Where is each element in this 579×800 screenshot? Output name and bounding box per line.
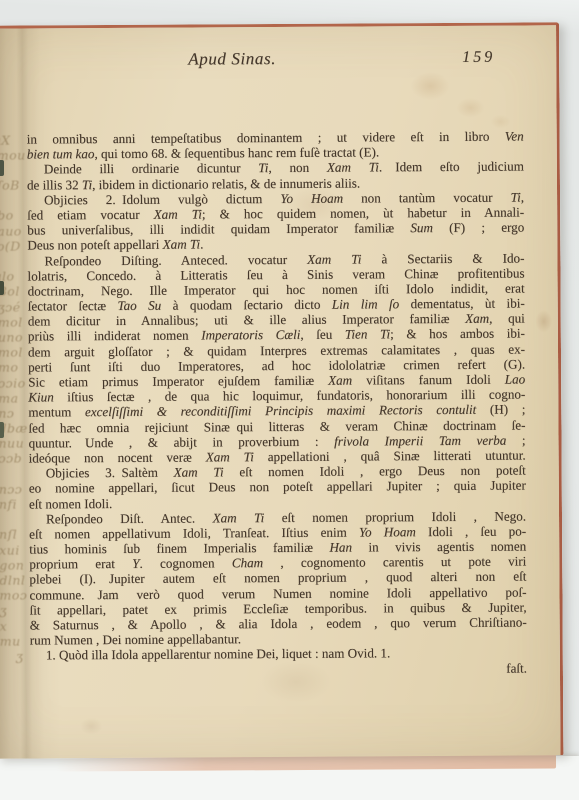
text-run: à Sectariis & Ido- (361, 250, 524, 266)
text-run-italic: Xam Ti (163, 237, 201, 252)
text-run-italic: Xam Ti (327, 160, 379, 175)
text-run: (F) ; ergo (433, 220, 524, 236)
text-run-italic: Xam (465, 311, 489, 326)
bleedthrough-ghost: bo (0, 208, 14, 223)
text-run-italic: Imperatoris Cæli (201, 327, 300, 343)
text-run-italic: Lao (505, 371, 525, 386)
text-run-italic: Lin lim ſo (332, 296, 399, 311)
text-run-italic: Ti (511, 189, 521, 204)
bleedthrough-ghost: ɔɔio (0, 375, 26, 390)
text-run: appellationi , quâ Sinæ litterati utuntu… (254, 447, 526, 464)
text-run-italic: Yo Hoam (359, 524, 416, 539)
text-run: Objicies 2. Idolum vulgò dictum (44, 191, 280, 207)
bleedthrough-ghost: nuu (0, 436, 24, 451)
text-run: eſt nomen proprium Idoli , Nego. (264, 508, 526, 525)
text-run: proprium erat (29, 556, 132, 572)
bleedthrough-ghost: nɔ (0, 405, 14, 420)
text-run-italic: Cham (232, 555, 263, 570)
text-run: 1. Quòd illa Idola appellarentur nomine … (46, 646, 390, 663)
bleedthrough-ghost: nɔɔ (0, 481, 22, 496)
text-run: ſed etiam vocatur (27, 207, 154, 223)
running-title: Apud Sinas. (188, 49, 276, 70)
text-run: eſt nomen Idoli , ergo Deus non poteſt (224, 463, 526, 480)
text-run: ſectator ſectæ (28, 298, 118, 314)
bleedthrough-ghost: ʒ (0, 648, 23, 663)
text-run: , ibidem in dictionario relatis, & de in… (92, 175, 360, 192)
text-run: . Idem eſto judicium (379, 159, 524, 175)
bleedthrough-ghost: dbæ (0, 421, 28, 436)
bleedthrough-ghost: ʒ (0, 603, 7, 618)
text-run-italic: frivola Imperii Tam verba (334, 432, 506, 448)
text-run-italic: Kiun (28, 390, 54, 405)
text-run: ; & hos ambos ibi- (390, 326, 525, 342)
bleedthrough-ghost: ɔɔb (0, 451, 22, 466)
text-run-italic: Tao Su (117, 298, 161, 313)
text-run: . (200, 237, 203, 252)
text-run: ideóque non nocent veræ (29, 449, 206, 465)
book-page: Apud Sinas. 159 ıXin omnibus anni tempeſ… (0, 22, 563, 758)
bleedthrough-ghost: x (0, 618, 7, 633)
text-run: viſitans fanum Idoli (352, 372, 505, 388)
text-run: non tantùm vocatur (343, 189, 511, 205)
bleedthrough-ghost: nſl (0, 527, 17, 542)
text-run-italic: Yo Hoam (280, 190, 343, 205)
text-run: , ſeu (300, 327, 345, 342)
bleedthrough-ghost: mu (0, 633, 21, 648)
bleedthrough-ghost: ma (0, 390, 19, 405)
text-run-italic: Xam Ti (213, 510, 265, 525)
bleedthrough-ghost: ıX (0, 132, 11, 147)
text-run-italic: Tien Ti (345, 327, 390, 342)
page-header: Apud Sinas. 159 (0, 47, 556, 76)
text-run-italic: Xam Ti (174, 464, 224, 479)
text-run: à quodam ſectario dicto (161, 297, 332, 313)
text-run-italic: Xam (328, 373, 352, 388)
text-run: Idoli , ſeu po- (416, 523, 526, 539)
text-run: Sic etiam primus Imperator ejuſdem famil… (28, 373, 328, 390)
text-run: , qui (489, 311, 525, 326)
bleedthrough-ghost: xui (0, 542, 20, 557)
text-run: quuntur. Unde , & abijt in proverbium : (29, 433, 335, 450)
text-run: , qui tomo 68. & ſequentibus hanc rem fu… (94, 145, 379, 162)
text-run-italic: Han (329, 540, 352, 555)
bleedthrough-ghost: gon (0, 557, 24, 572)
text-run: Deinde illi ordinarie dicuntur (44, 160, 258, 176)
text-run: dementatus, ùt ibi- (399, 296, 525, 312)
text-run: mentum (28, 405, 85, 420)
text-run-italic: Xam Ti (154, 206, 202, 221)
text-run-italic: bien tum kao (27, 146, 95, 161)
catchword: faſt. (506, 660, 527, 675)
bleedthrough-ghost: mol (0, 345, 23, 360)
bleedthrough-ghost: nfi (0, 497, 17, 512)
text-run-italic: Xam Ti (206, 449, 254, 464)
text-run: Reſpondeo Diſting. Anteced. vocatur (44, 251, 307, 268)
text-run: eſt nomen Idoli. (29, 496, 112, 512)
binding-glimpse (0, 422, 4, 438)
text-run: in vivis agentis nomen (352, 539, 526, 555)
book-photo: Apud Sinas. 159 ıXin omnibus anni tempeſ… (0, 0, 579, 800)
text-block: ıXin omnibus anni tempeſtatibus dominant… (27, 128, 527, 663)
bleedthrough-ghost: auo (0, 223, 22, 238)
text-run: rum Numen , Dei nomine appellabantur. (30, 631, 241, 647)
text-run: ; (506, 432, 525, 447)
bleedthrough-ghost: uno (0, 329, 23, 344)
text-run: , non (268, 160, 327, 175)
bleedthrough-ghost: ʒɔé (0, 299, 21, 314)
bleedthrough-ghost: ſoB (0, 178, 20, 193)
text-run: Objicies 3. Saltèm (46, 465, 174, 481)
binding-glimpse (0, 160, 4, 176)
page-number: 159 (462, 49, 495, 67)
text-run-italic: Ti (258, 160, 268, 175)
text-run: Deus non poteſt appellari (27, 237, 162, 253)
bleedthrough-ghost: mo (0, 360, 19, 375)
binding-glimpse (0, 281, 4, 295)
bleedthrough-ghost: ɔ(D (0, 238, 21, 253)
text-run-italic: Ti (82, 177, 92, 192)
text-run: priùs illi indiderat nomen (28, 328, 201, 344)
bleedthrough-ghost: mol (0, 314, 23, 329)
text-run-italic: Sum (410, 220, 433, 235)
text-run: . cognomen (139, 556, 231, 572)
text-run: Reſpondeo Diſt. Antec. (46, 510, 213, 526)
text-run: de illis 32 (27, 177, 82, 192)
bleedthrough-ghost: dlnl (0, 572, 26, 587)
text-run: ; & hoc quidem nomen, ùt habetur in Anna… (202, 204, 524, 221)
text-run: eſt nomen appellativum Idoli, Tranſeat. … (29, 524, 359, 541)
text-run-italic: Xam Ti (307, 251, 361, 266)
text-run: (H) ; (476, 402, 525, 417)
text-run-italic: Ven (505, 128, 524, 143)
text-run: tius hominis ſub finem Imperialis famili… (29, 540, 329, 557)
text-run: , cognomento carentis ut pote viri (263, 554, 526, 571)
text-run: , (521, 189, 524, 204)
catchword-line: faſt. (30, 660, 551, 679)
bleedthrough-ghost: moɔ (0, 588, 27, 603)
